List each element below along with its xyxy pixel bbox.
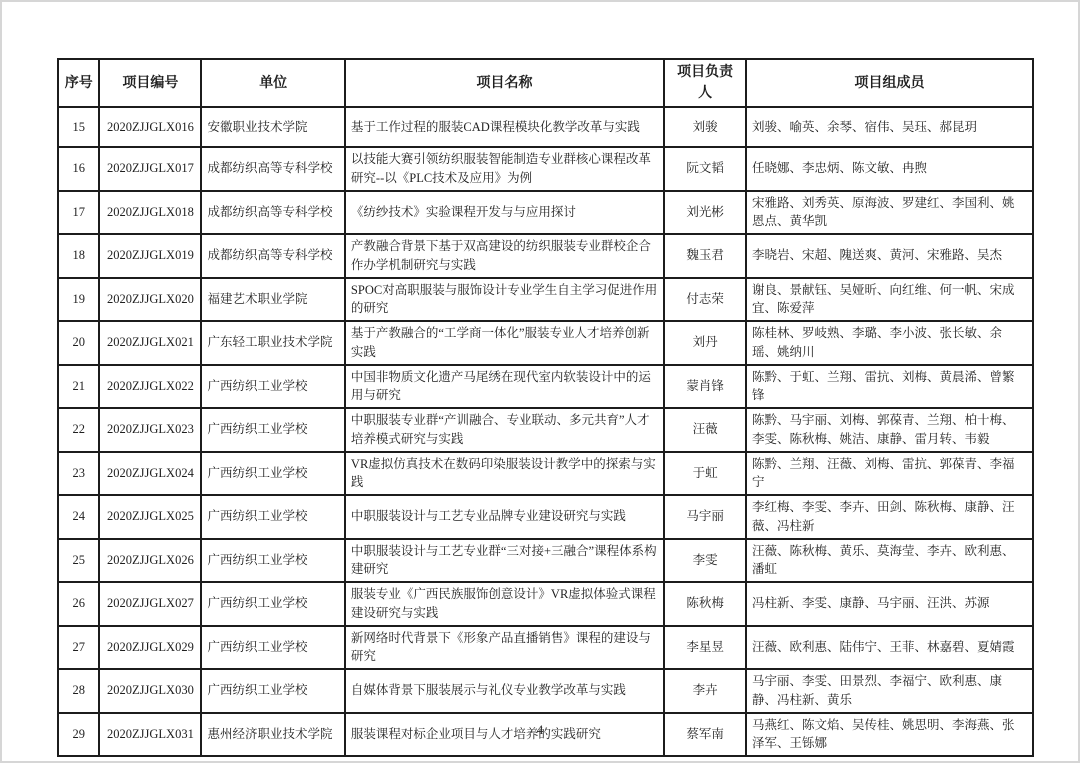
cell-project-title: 基于工作过程的服装CAD课程模块化教学改革与实践 <box>345 107 664 147</box>
cell-index: 22 <box>58 408 99 452</box>
cell-project-title: 中国非物质文化遗产马尾绣在现代室内软装设计中的运用与研究 <box>345 365 664 409</box>
cell-project-code: 2020ZJJGLX025 <box>99 495 201 539</box>
cell-leader: 马宇丽 <box>664 495 746 539</box>
document-page: 序号 项目编号 单位 项目名称 项目负责人 项目组成员 15 2020ZJJGL… <box>0 0 1080 763</box>
table-row: 18 2020ZJJGLX019 成都纺织高等专科学校 产教融合背景下基于双高建… <box>58 234 1033 278</box>
cell-unit: 广西纺织工业学校 <box>201 669 344 713</box>
cell-project-code: 2020ZJJGLX029 <box>99 626 201 670</box>
cell-index: 16 <box>58 147 99 191</box>
col-header-project-code: 项目编号 <box>99 59 201 107</box>
cell-leader: 李星昱 <box>664 626 746 670</box>
cell-project-code: 2020ZJJGLX026 <box>99 539 201 583</box>
table-row: 23 2020ZJJGLX024 广西纺织工业学校 VR虚拟仿真技术在数码印染服… <box>58 452 1033 496</box>
cell-leader: 魏玉君 <box>664 234 746 278</box>
cell-project-title: VR虚拟仿真技术在数码印染服装设计教学中的探索与实践 <box>345 452 664 496</box>
cell-leader: 阮文韬 <box>664 147 746 191</box>
cell-project-title: 中职服装专业群“产训融合、专业联动、多元共育”人才培养模式研究与实践 <box>345 408 664 452</box>
cell-members: 宋雅路、刘秀英、原海波、罗建红、李国利、姚恩点、黄华凯 <box>746 191 1033 235</box>
table-row: 25 2020ZJJGLX026 广西纺织工业学校 中职服装设计与工艺专业群“三… <box>58 539 1033 583</box>
cell-members: 冯柱新、李雯、康静、马宇丽、汪洪、苏源 <box>746 582 1033 626</box>
cell-members: 刘骏、喻英、余琴、宿伟、吴珏、郝昆玥 <box>746 107 1033 147</box>
table-row: 17 2020ZJJGLX018 成都纺织高等专科学校 《纺纱技术》实验课程开发… <box>58 191 1033 235</box>
cell-project-code: 2020ZJJGLX024 <box>99 452 201 496</box>
cell-members: 陈桂林、罗岐熟、李璐、李小波、张长敏、余瑶、姚纳川 <box>746 321 1033 365</box>
table-row: 26 2020ZJJGLX027 广西纺织工业学校 服装专业《广西民族服饰创意设… <box>58 582 1033 626</box>
project-list-table: 序号 项目编号 单位 项目名称 项目负责人 项目组成员 15 2020ZJJGL… <box>57 58 1034 757</box>
cell-unit: 广西纺织工业学校 <box>201 582 344 626</box>
cell-unit: 广东轻工职业技术学院 <box>201 321 344 365</box>
cell-index: 18 <box>58 234 99 278</box>
col-header-unit: 单位 <box>201 59 344 107</box>
table-row: 27 2020ZJJGLX029 广西纺织工业学校 新网络时代背景下《形象产品直… <box>58 626 1033 670</box>
cell-members: 李晓岩、宋超、隗送爽、黄河、宋雅路、吴杰 <box>746 234 1033 278</box>
col-header-leader: 项目负责人 <box>664 59 746 107</box>
cell-leader: 李卉 <box>664 669 746 713</box>
cell-project-title: 基于产教融合的“工学商一体化”服装专业人才培养创新实践 <box>345 321 664 365</box>
page-number: 4 <box>0 722 1080 738</box>
cell-index: 26 <box>58 582 99 626</box>
cell-members: 陈黔、兰翔、汪薇、刘梅、雷抗、郭葆青、李福宁 <box>746 452 1033 496</box>
cell-project-code: 2020ZJJGLX016 <box>99 107 201 147</box>
cell-project-code: 2020ZJJGLX023 <box>99 408 201 452</box>
cell-project-title: SPOC对高职服装与服饰设计专业学生自主学习促进作用的研究 <box>345 278 664 322</box>
cell-project-code: 2020ZJJGLX022 <box>99 365 201 409</box>
cell-project-title: 服装专业《广西民族服饰创意设计》VR虚拟体验式课程建设研究与实践 <box>345 582 664 626</box>
col-header-members: 项目组成员 <box>746 59 1033 107</box>
cell-project-code: 2020ZJJGLX020 <box>99 278 201 322</box>
cell-leader: 蒙肖锋 <box>664 365 746 409</box>
cell-project-title: 中职服装设计与工艺专业品牌专业建设研究与实践 <box>345 495 664 539</box>
table-row: 19 2020ZJJGLX020 福建艺术职业学院 SPOC对高职服装与服饰设计… <box>58 278 1033 322</box>
cell-unit: 成都纺织高等专科学校 <box>201 147 344 191</box>
table-row: 15 2020ZJJGLX016 安徽职业技术学院 基于工作过程的服装CAD课程… <box>58 107 1033 147</box>
cell-leader: 于虹 <box>664 452 746 496</box>
cell-leader: 汪薇 <box>664 408 746 452</box>
cell-leader: 陈秋梅 <box>664 582 746 626</box>
cell-project-code: 2020ZJJGLX019 <box>99 234 201 278</box>
cell-index: 23 <box>58 452 99 496</box>
cell-members: 任晓娜、李忠炳、陈文敏、冉煦 <box>746 147 1033 191</box>
table-header-row: 序号 项目编号 单位 项目名称 项目负责人 项目组成员 <box>58 59 1033 107</box>
cell-members: 马宇丽、李雯、田景烈、李福宁、欧利惠、康静、冯柱新、黄乐 <box>746 669 1033 713</box>
cell-leader: 刘丹 <box>664 321 746 365</box>
cell-project-title: 《纺纱技术》实验课程开发与与应用探讨 <box>345 191 664 235</box>
cell-index: 25 <box>58 539 99 583</box>
cell-index: 28 <box>58 669 99 713</box>
cell-index: 17 <box>58 191 99 235</box>
cell-leader: 付志荣 <box>664 278 746 322</box>
table-row: 24 2020ZJJGLX025 广西纺织工业学校 中职服装设计与工艺专业品牌专… <box>58 495 1033 539</box>
cell-members: 李红梅、李雯、李卉、田剑、陈秋梅、康静、汪薇、冯柱新 <box>746 495 1033 539</box>
cell-project-title: 中职服装设计与工艺专业群“三对接+三融合”课程体系构建研究 <box>345 539 664 583</box>
col-header-project-title: 项目名称 <box>345 59 664 107</box>
cell-index: 20 <box>58 321 99 365</box>
cell-unit: 广西纺织工业学校 <box>201 495 344 539</box>
cell-index: 24 <box>58 495 99 539</box>
cell-project-code: 2020ZJJGLX017 <box>99 147 201 191</box>
col-header-index: 序号 <box>58 59 99 107</box>
cell-members: 汪薇、陈秋梅、黄乐、莫海莹、李卉、欧利惠、潘虹 <box>746 539 1033 583</box>
cell-members: 汪薇、欧利惠、陆伟宁、王菲、林嘉碧、夏婧霞 <box>746 626 1033 670</box>
table-row: 28 2020ZJJGLX030 广西纺织工业学校 自媒体背景下服装展示与礼仪专… <box>58 669 1033 713</box>
cell-index: 19 <box>58 278 99 322</box>
cell-index: 21 <box>58 365 99 409</box>
cell-members: 谢良、景献钰、吴娅昕、向红维、何一帆、宋成宜、陈爱萍 <box>746 278 1033 322</box>
cell-unit: 成都纺织高等专科学校 <box>201 234 344 278</box>
cell-unit: 广西纺织工业学校 <box>201 365 344 409</box>
table-body: 15 2020ZJJGLX016 安徽职业技术学院 基于工作过程的服装CAD课程… <box>58 107 1033 756</box>
cell-index: 27 <box>58 626 99 670</box>
cell-unit: 广西纺织工业学校 <box>201 539 344 583</box>
cell-project-title: 新网络时代背景下《形象产品直播销售》课程的建设与研究 <box>345 626 664 670</box>
cell-members: 陈黔、于虹、兰翔、雷抗、刘梅、黄晨浠、曾繁锋 <box>746 365 1033 409</box>
cell-leader: 刘骏 <box>664 107 746 147</box>
cell-unit: 安徽职业技术学院 <box>201 107 344 147</box>
table-row: 20 2020ZJJGLX021 广东轻工职业技术学院 基于产教融合的“工学商一… <box>58 321 1033 365</box>
table-row: 21 2020ZJJGLX022 广西纺织工业学校 中国非物质文化遗产马尾绣在现… <box>58 365 1033 409</box>
cell-unit: 福建艺术职业学院 <box>201 278 344 322</box>
cell-leader: 刘光彬 <box>664 191 746 235</box>
table-row: 22 2020ZJJGLX023 广西纺织工业学校 中职服装专业群“产训融合、专… <box>58 408 1033 452</box>
cell-unit: 成都纺织高等专科学校 <box>201 191 344 235</box>
cell-unit: 广西纺织工业学校 <box>201 452 344 496</box>
cell-project-title: 自媒体背景下服装展示与礼仪专业教学改革与实践 <box>345 669 664 713</box>
cell-unit: 广西纺织工业学校 <box>201 626 344 670</box>
cell-project-code: 2020ZJJGLX018 <box>99 191 201 235</box>
cell-index: 15 <box>58 107 99 147</box>
cell-project-code: 2020ZJJGLX027 <box>99 582 201 626</box>
cell-project-code: 2020ZJJGLX030 <box>99 669 201 713</box>
cell-project-title: 产教融合背景下基于双高建设的纺织服装专业群校企合作办学机制研究与实践 <box>345 234 664 278</box>
cell-members: 陈黔、马宇丽、刘梅、郭葆青、兰翔、柏十梅、李雯、陈秋梅、姚洁、康静、雷月转、韦毅 <box>746 408 1033 452</box>
cell-leader: 李雯 <box>664 539 746 583</box>
cell-project-title: 以技能大赛引领纺织服装智能制造专业群核心课程改革研究--以《PLC技术及应用》为… <box>345 147 664 191</box>
cell-project-code: 2020ZJJGLX021 <box>99 321 201 365</box>
cell-unit: 广西纺织工业学校 <box>201 408 344 452</box>
table-row: 16 2020ZJJGLX017 成都纺织高等专科学校 以技能大赛引领纺织服装智… <box>58 147 1033 191</box>
